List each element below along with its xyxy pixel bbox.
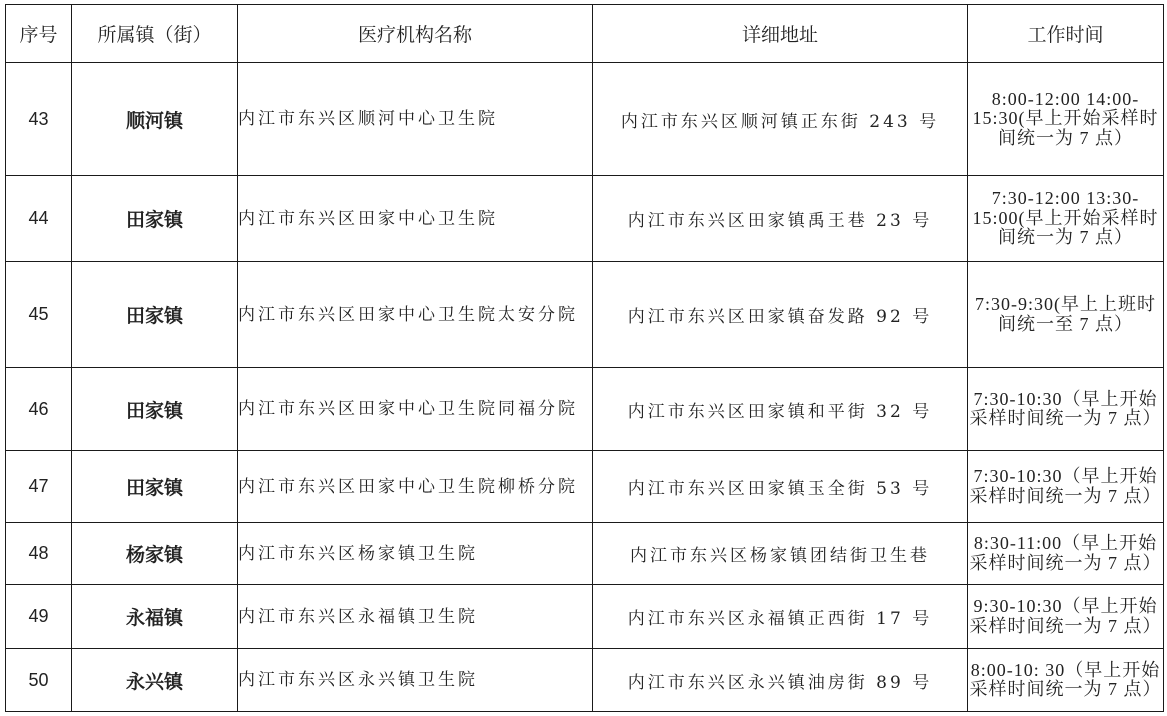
cell-index: 45: [6, 262, 72, 368]
header-town: 所属镇（街）: [72, 5, 238, 63]
cell-institution: 内江市东兴区田家中心卫生院太安分院: [238, 262, 593, 368]
cell-address: 内江市东兴区田家镇和平街 32 号: [593, 368, 968, 451]
cell-hours: 8:00-12:00 14:00-15:30(早上开始采样时间统一为 7 点）: [968, 63, 1164, 176]
cell-town: 田家镇: [72, 176, 238, 262]
cell-hours: 7:30-12:00 13:30-15:00(早上开始采样时间统一为 7 点）: [968, 176, 1164, 262]
header-address: 详细地址: [593, 5, 968, 63]
cell-town: 杨家镇: [72, 523, 238, 585]
cell-index: 50: [6, 649, 72, 712]
cell-institution: 内江市东兴区顺河中心卫生院: [238, 63, 593, 176]
cell-address: 内江市东兴区田家镇奋发路 92 号: [593, 262, 968, 368]
cell-index: 43: [6, 63, 72, 176]
cell-town: 田家镇: [72, 368, 238, 451]
header-hours: 工作时间: [968, 5, 1164, 63]
cell-address: 内江市东兴区田家镇禹王巷 23 号: [593, 176, 968, 262]
cell-hours: 9:30-10:30（早上开始采样时间统一为 7 点）: [968, 585, 1164, 649]
cell-town: 田家镇: [72, 451, 238, 523]
cell-institution: 内江市东兴区田家中心卫生院同福分院: [238, 368, 593, 451]
header-institution: 医疗机构名称: [238, 5, 593, 63]
table-row: 50 永兴镇 内江市东兴区永兴镇卫生院 内江市东兴区永兴镇油房街 89 号 8:…: [6, 649, 1164, 712]
table-header-row: 序号 所属镇（街） 医疗机构名称 详细地址 工作时间: [6, 5, 1164, 63]
cell-index: 47: [6, 451, 72, 523]
cell-town: 永福镇: [72, 585, 238, 649]
cell-hours: 7:30-9:30(早上上班时间统一至 7 点）: [968, 262, 1164, 368]
cell-institution: 内江市东兴区田家中心卫生院: [238, 176, 593, 262]
table-row: 47 田家镇 内江市东兴区田家中心卫生院柳桥分院 内江市东兴区田家镇玉全街 53…: [6, 451, 1164, 523]
cell-index: 48: [6, 523, 72, 585]
header-index: 序号: [6, 5, 72, 63]
cell-address: 内江市东兴区永福镇正西街 17 号: [593, 585, 968, 649]
table-row: 46 田家镇 内江市东兴区田家中心卫生院同福分院 内江市东兴区田家镇和平街 32…: [6, 368, 1164, 451]
medical-institutions-table: 序号 所属镇（街） 医疗机构名称 详细地址 工作时间 43 顺河镇 内江市东兴区…: [5, 4, 1164, 712]
cell-institution: 内江市东兴区杨家镇卫生院: [238, 523, 593, 585]
table-row: 48 杨家镇 内江市东兴区杨家镇卫生院 内江市东兴区杨家镇团结街卫生巷 8:30…: [6, 523, 1164, 585]
table-row: 43 顺河镇 内江市东兴区顺河中心卫生院 内江市东兴区顺河镇正东街 243 号 …: [6, 63, 1164, 176]
cell-town: 田家镇: [72, 262, 238, 368]
cell-address: 内江市东兴区永兴镇油房街 89 号: [593, 649, 968, 712]
table-row: 45 田家镇 内江市东兴区田家中心卫生院太安分院 内江市东兴区田家镇奋发路 92…: [6, 262, 1164, 368]
cell-address: 内江市东兴区田家镇玉全街 53 号: [593, 451, 968, 523]
cell-address: 内江市东兴区杨家镇团结街卫生巷: [593, 523, 968, 585]
cell-address: 内江市东兴区顺河镇正东街 243 号: [593, 63, 968, 176]
cell-institution: 内江市东兴区永福镇卫生院: [238, 585, 593, 649]
cell-hours: 8:00-10: 30（早上开始采样时间统一为 7 点）: [968, 649, 1164, 712]
cell-index: 44: [6, 176, 72, 262]
cell-institution: 内江市东兴区永兴镇卫生院: [238, 649, 593, 712]
cell-hours: 8:30-11:00（早上开始采样时间统一为 7 点）: [968, 523, 1164, 585]
cell-index: 46: [6, 368, 72, 451]
cell-index: 49: [6, 585, 72, 649]
cell-hours: 7:30-10:30（早上开始采样时间统一为 7 点）: [968, 451, 1164, 523]
cell-institution: 内江市东兴区田家中心卫生院柳桥分院: [238, 451, 593, 523]
table-row: 49 永福镇 内江市东兴区永福镇卫生院 内江市东兴区永福镇正西街 17 号 9:…: [6, 585, 1164, 649]
cell-town: 永兴镇: [72, 649, 238, 712]
table-row: 44 田家镇 内江市东兴区田家中心卫生院 内江市东兴区田家镇禹王巷 23 号 7…: [6, 176, 1164, 262]
cell-town: 顺河镇: [72, 63, 238, 176]
cell-hours: 7:30-10:30（早上开始采样时间统一为 7 点）: [968, 368, 1164, 451]
